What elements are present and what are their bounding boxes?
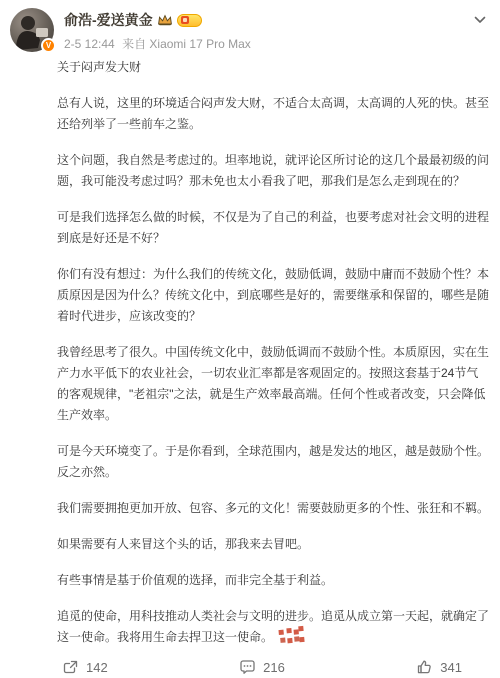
comment-bubble-icon — [239, 659, 256, 675]
post-content: 关于闷声发大财 总有人说，这里的环境适合闷声发大财，不适合太高调，太高调的人死的… — [0, 52, 500, 648]
weibo-post-card: V 俞浩-爱送黄金 2-5 12:44 来自 Xiaomi 17 Pro Max… — [0, 0, 500, 678]
comment-count: 216 — [263, 660, 285, 675]
post-paragraph: 可是我们选择怎么做的时候，不仅是为了自己的利益，也要考虑对社会文明的进程到底是好… — [57, 207, 490, 249]
repost-button[interactable]: 142 — [62, 659, 108, 675]
like-count: 341 — [440, 660, 462, 675]
post-paragraph: 我们需要拥抱更加开放、包容、多元的文化！需要鼓励更多的个性、张狂和不羁。 — [57, 498, 490, 519]
post-paragraph: 有些事情是基于价值观的选择，而非完全基于利益。 — [57, 570, 490, 591]
repost-count: 142 — [86, 660, 108, 675]
action-bar: 142 216 341 — [0, 655, 500, 678]
post-paragraph-text: 追觅的使命，用科技推动人类社会与文明的进步。追觅从成立第一天起，就确定了这一使命… — [57, 609, 489, 644]
post-title-line: 关于闷声发大财 — [57, 57, 490, 78]
chevron-down-icon[interactable] — [472, 12, 488, 28]
red-seal-stamp-icon — [277, 626, 304, 645]
verified-v-badge-icon: V — [41, 38, 56, 53]
thumbs-up-icon — [416, 659, 433, 675]
post-paragraph: 如果需要有人来冒这个头的话，那我来去冒吧。 — [57, 534, 490, 555]
header-meta: 俞浩-爱送黄金 2-5 12:44 来自 Xiaomi 17 Pro Max — [64, 8, 472, 52]
repost-share-icon — [62, 659, 79, 675]
post-paragraph: 你们有没有想过：为什么我们的传统文化，鼓励低调，鼓励中庸而不鼓励个性？本质原因是… — [57, 264, 490, 327]
comment-button[interactable]: 216 — [239, 659, 285, 675]
vip-level-badge-icon — [177, 14, 202, 27]
source-device: 来自 Xiaomi 17 Pro Max — [122, 37, 251, 51]
username[interactable]: 俞浩-爱送黄金 — [64, 10, 153, 30]
post-paragraph: 追觅的使命，用科技推动人类社会与文明的进步。追觅从成立第一天起，就确定了这一使命… — [57, 606, 490, 648]
timestamp: 2-5 12:44 — [64, 37, 115, 51]
post-paragraph: 我曾经思考了很久。中国传统文化中，鼓励低调而不鼓励个性。本质原因，实在生产力水平… — [57, 342, 490, 426]
post-meta-line: 2-5 12:44 来自 Xiaomi 17 Pro Max — [64, 35, 472, 52]
post-paragraph: 这个问题，我自然是考虑过的。坦率地说，就评论区所讨论的这几个最最初级的问题，我可… — [57, 150, 490, 192]
avatar[interactable]: V — [10, 8, 54, 52]
vip-crown-icon — [157, 13, 173, 27]
post-header: V 俞浩-爱送黄金 2-5 12:44 来自 Xiaomi 17 Pro Max — [0, 0, 500, 52]
post-paragraph: 总有人说，这里的环境适合闷声发大财，不适合太高调，太高调的人死的快。甚至还给列举… — [57, 93, 490, 135]
post-paragraph: 可是今天环境变了。于是你看到，全球范围内，越是发达的地区，越是鼓励个性。反之亦然… — [57, 441, 490, 483]
like-button[interactable]: 341 — [416, 659, 462, 675]
